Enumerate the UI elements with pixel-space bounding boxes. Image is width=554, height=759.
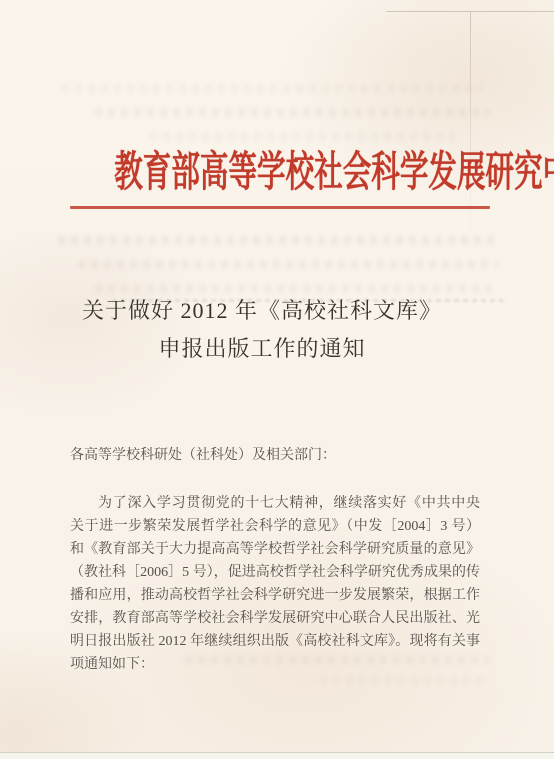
document-page: 教育部高等学校社会科学发展研究中心 关于做好 2012 年《高校社科文库》 申报… — [0, 0, 554, 759]
document-title-line-1: 关于做好 2012 年《高校社科文库》 — [0, 292, 539, 330]
paragraph-line: 为了深入学习贯彻党的十七大精神，继续落实好《中共中央 — [70, 492, 480, 515]
body-paragraph: 为了深入学习贯彻党的十七大精神，继续落实好《中共中央 关于进一步繁荣发展哲学社会… — [70, 492, 480, 676]
paragraph-line: 和《教育部关于大力提高高等学校哲学社会科学研究质量的意见》 — [70, 538, 480, 561]
letterhead: 教育部高等学校社会科学发展研究中心 — [0, 148, 554, 198]
bleed-through-smudge — [320, 676, 490, 685]
scan-edge-bottom-strip — [0, 752, 554, 759]
bleed-through-smudge — [58, 236, 498, 245]
paragraph-line: 明日报出版社 2012 年继续组织出版《高校社科文库》。现将有关事 — [70, 630, 480, 653]
letterhead-org-name: 教育部高等学校社会科学发展研究中心 — [114, 148, 554, 198]
document-title: 关于做好 2012 年《高校社科文库》 申报出版工作的通知 — [0, 292, 539, 368]
paragraph-line: 播和应用，推动高校哲学社会科学研究进一步发展繁荣，根据工作 — [70, 584, 480, 607]
scan-edge-right-line — [470, 12, 471, 247]
paragraph-line: 安排，教育部高等学校社会科学发展研究中心联合人民出版社、光 — [70, 607, 480, 630]
paragraph-line: 关于进一步繁荣发展哲学社会科学的意见》（中发［2004］3 号） — [70, 515, 480, 538]
bleed-through-smudge — [78, 260, 498, 269]
bleed-through-smudge — [62, 84, 482, 93]
letterhead-rule — [70, 206, 490, 209]
document-body: 各高等学校科研处（社科处）及相关部门： 为了深入学习贯彻党的十七大精神，继续落实… — [70, 444, 480, 676]
bleed-through-smudge — [95, 108, 490, 117]
salutation: 各高等学校科研处（社科处）及相关部门： — [70, 444, 480, 467]
document-title-line-2: 申报出版工作的通知 — [0, 330, 539, 368]
bleed-through-smudge — [150, 132, 455, 141]
paragraph-line: 项通知如下： — [70, 653, 480, 676]
paragraph-line: （教社科［2006］5 号），促进高校哲学社会科学研究优秀成果的传 — [70, 561, 480, 584]
